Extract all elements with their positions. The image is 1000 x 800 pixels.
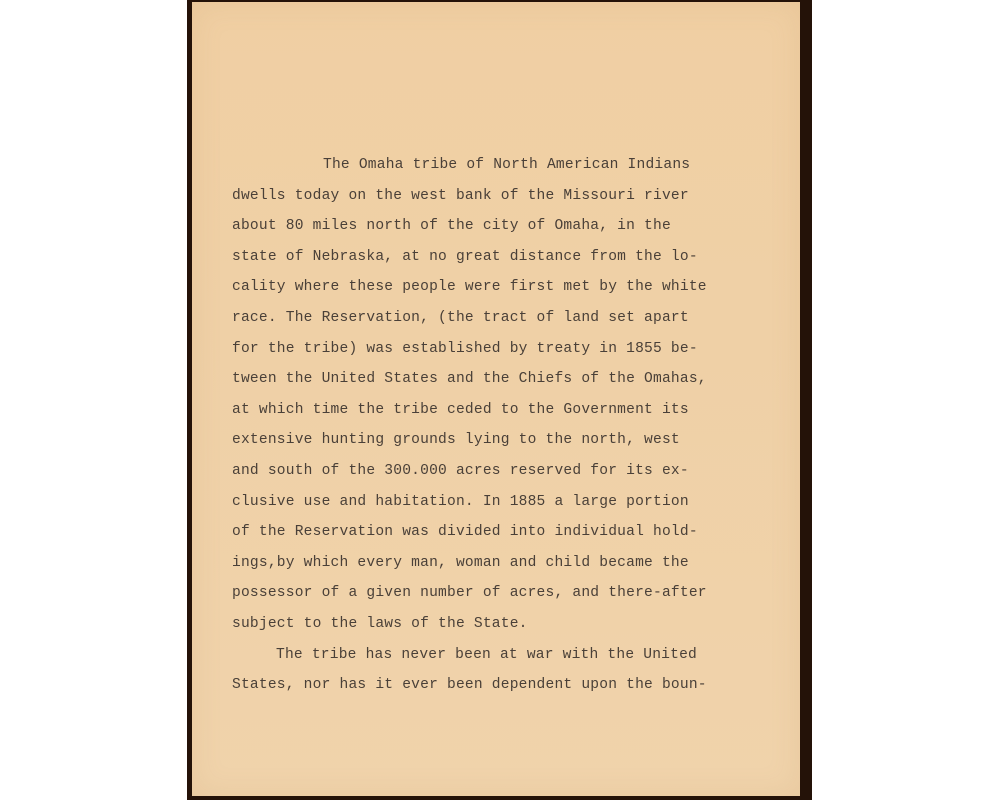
text-line: about 80 miles north of the city of Omah…: [232, 211, 732, 242]
text-line: race. The Reservation, (the tract of lan…: [232, 303, 732, 334]
text-line: cality where these people were first met…: [232, 272, 732, 303]
paragraph-2: The tribe has never been at war with the…: [232, 640, 732, 701]
text-line: The Omaha tribe of North American Indian…: [232, 150, 732, 181]
text-line: States, nor has it ever been dependent u…: [232, 670, 732, 701]
text-line: at which time the tribe ceded to the Gov…: [232, 395, 732, 426]
text-line: The tribe has never been at war with the…: [232, 640, 732, 671]
text-line: for the tribe) was established by treaty…: [232, 334, 732, 365]
text-line: clusive use and habitation. In 1885 a la…: [232, 487, 732, 518]
text-line: extensive hunting grounds lying to the n…: [232, 425, 732, 456]
document-body: The Omaha tribe of North American Indian…: [232, 150, 732, 701]
text-line: state of Nebraska, at no great distance …: [232, 242, 732, 273]
text-line: subject to the laws of the State.: [232, 609, 732, 640]
text-line: tween the United States and the Chiefs o…: [232, 364, 732, 395]
text-line: ings,by which every man, woman and child…: [232, 548, 732, 579]
paragraph-1: The Omaha tribe of North American Indian…: [232, 150, 732, 640]
text-line: of the Reservation was divided into indi…: [232, 517, 732, 548]
text-line: possessor of a given number of acres, an…: [232, 578, 732, 609]
text-line: dwells today on the west bank of the Mis…: [232, 181, 732, 212]
text-line: and south of the 300.000 acres reserved …: [232, 456, 732, 487]
